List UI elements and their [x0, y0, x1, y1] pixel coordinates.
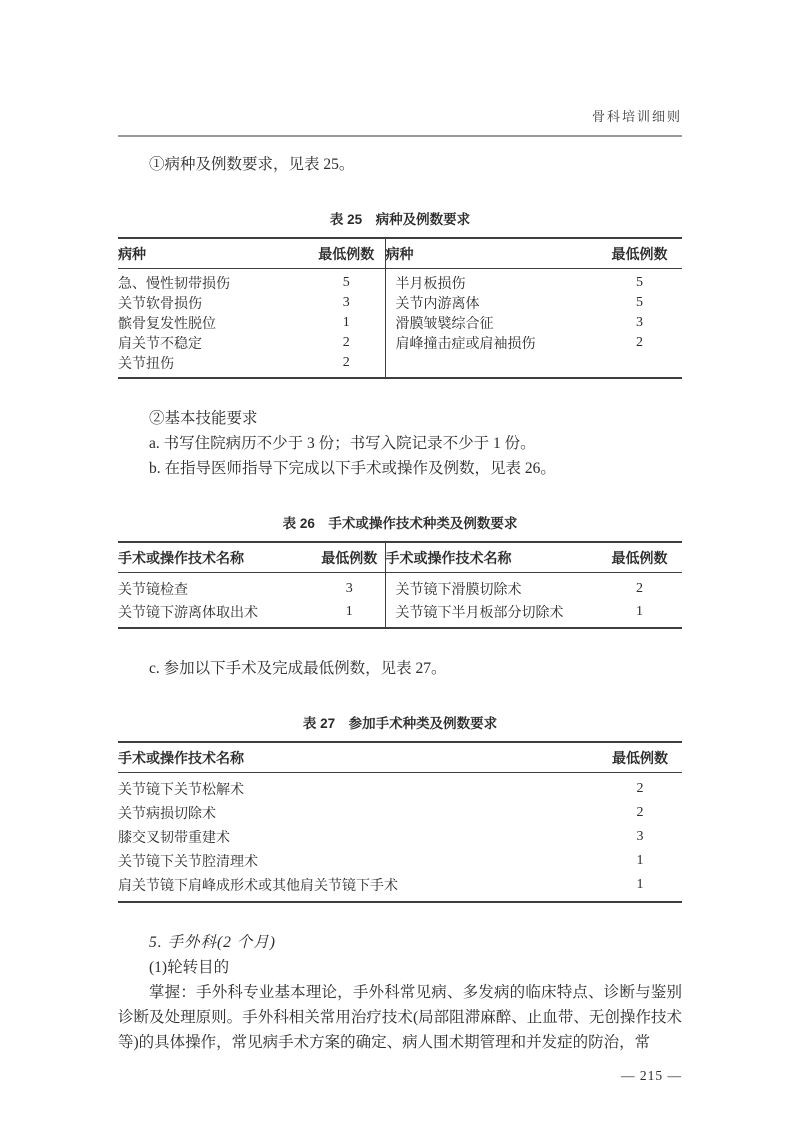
- table-cell: 2: [308, 353, 385, 378]
- column-header: 手术或操作技术名称: [118, 542, 314, 573]
- column-header: 病种: [118, 238, 308, 269]
- table26-header-row: 手术或操作技术名称 最低例数 手术或操作技术名称 最低例数: [118, 542, 682, 573]
- table-cell: 1: [314, 600, 385, 628]
- table-cell: 2: [597, 573, 682, 601]
- table-cell: 半月板损伤: [385, 269, 597, 294]
- table-row: 膝交叉韧带重建术 3: [118, 825, 682, 849]
- table-cell: 5: [597, 269, 682, 294]
- table-row: 肩关节镜下肩峰成形术或其他肩关节镜下手术 1: [118, 873, 682, 902]
- section2-heading: ②基本技能要求: [118, 406, 682, 431]
- table27: 手术或操作技术名称 最低例数 关节镜下关节松解术 2 关节病损切除术 2 膝交叉…: [118, 741, 682, 903]
- header-rule: [118, 135, 682, 137]
- document-page: 骨科培训细则 ①病种及例数要求，见表 25。 表 25病种及例数要求 病种 最低…: [118, 0, 682, 1084]
- section5-subheading: (1)轮转目的: [118, 955, 682, 980]
- table-cell: 5: [597, 293, 682, 313]
- column-header: 最低例数: [597, 238, 682, 269]
- table27-header-row: 手术或操作技术名称 最低例数: [118, 742, 682, 773]
- table-cell: 关节镜下游离体取出术: [118, 600, 314, 628]
- table-cell: 1: [598, 849, 682, 873]
- column-header: 手术或操作技术名称: [385, 542, 597, 573]
- table-cell: 关节病损切除术: [118, 801, 598, 825]
- table-cell: 2: [308, 333, 385, 353]
- item-b: b. 在指导医师指导下完成以下手术或操作及例数，见表 26。: [118, 456, 682, 481]
- table25-caption: 表 25病种及例数要求: [118, 208, 682, 228]
- table-cell: 5: [308, 269, 385, 294]
- table-cell: 膝交叉韧带重建术: [118, 825, 598, 849]
- table-cell: 肩关节镜下肩峰成形术或其他肩关节镜下手术: [118, 873, 598, 902]
- table25-caption-title: 病种及例数要求: [376, 212, 471, 227]
- intro-paragraph: ①病种及例数要求，见表 25。: [118, 152, 682, 177]
- item-c: c. 参加以下手术及完成最低例数，见表 27。: [118, 656, 682, 681]
- table27-caption-title: 参加手术种类及例数要求: [349, 716, 498, 731]
- table-cell: 3: [597, 313, 682, 333]
- table-row: 关节扭伤 2: [118, 353, 682, 378]
- table-cell: [385, 353, 597, 378]
- table-cell: 3: [314, 573, 385, 601]
- table-cell: 关节镜下滑膜切除术: [385, 573, 597, 601]
- table-row: 肩关节不稳定 2 肩峰撞击症或肩袖损伤 2: [118, 333, 682, 353]
- table-row: 关节软骨损伤 3 关节内游离体 5: [118, 293, 682, 313]
- table-cell: 关节扭伤: [118, 353, 308, 378]
- table25-caption-label: 表 25: [330, 212, 362, 227]
- item-a: a. 书写住院病历不少于 3 份；书写入院记录不少于 1 份。: [118, 431, 682, 456]
- table-cell: 3: [598, 825, 682, 849]
- column-header: 最低例数: [314, 542, 385, 573]
- table-row: 急、慢性韧带损伤 5 半月板损伤 5: [118, 269, 682, 294]
- table25-header-row: 病种 最低例数 病种 最低例数: [118, 238, 682, 269]
- section5-paragraph: 掌握：手外科专业基本理论，手外科常见病、多发病的临床特点、诊断与鉴别诊断及处理原…: [118, 980, 682, 1055]
- table-cell: 关节内游离体: [385, 293, 597, 313]
- section5-heading: 5. 手外科(2 个月): [118, 930, 682, 955]
- table-cell: 急、慢性韧带损伤: [118, 269, 308, 294]
- table-row: 关节镜检查 3 关节镜下滑膜切除术 2: [118, 573, 682, 601]
- running-head-title: 骨科培训细则: [592, 109, 682, 124]
- table27-caption: 表 27参加手术种类及例数要求: [118, 712, 682, 732]
- table26-caption-title: 手术或操作技术种类及例数要求: [328, 516, 517, 531]
- table-cell: 关节软骨损伤: [118, 293, 308, 313]
- page-number: — 215 —: [118, 1068, 682, 1084]
- table-cell: 1: [308, 313, 385, 333]
- table-cell: 2: [597, 333, 682, 353]
- table-cell: 关节镜检查: [118, 573, 314, 601]
- table-cell: 1: [598, 873, 682, 902]
- table-row: 关节镜下关节腔清理术 1: [118, 849, 682, 873]
- column-header: 最低例数: [308, 238, 385, 269]
- table-row: 关节镜下游离体取出术 1 关节镜下半月板部分切除术 1: [118, 600, 682, 628]
- column-header: 最低例数: [598, 742, 682, 773]
- table-cell: 肩关节不稳定: [118, 333, 308, 353]
- table26-caption-label: 表 26: [283, 516, 315, 531]
- table-cell: 髌骨复发性脱位: [118, 313, 308, 333]
- table-row: 髌骨复发性脱位 1 滑膜皱襞综合征 3: [118, 313, 682, 333]
- table25: 病种 最低例数 病种 最低例数 急、慢性韧带损伤 5 半月板损伤 5 关节软骨损…: [118, 237, 682, 379]
- column-header: 最低例数: [597, 542, 682, 573]
- page-header: 骨科培训细则: [118, 108, 682, 126]
- table-cell: 肩峰撞击症或肩袖损伤: [385, 333, 597, 353]
- column-header: 病种: [385, 238, 597, 269]
- table-row: 关节镜下关节松解术 2: [118, 773, 682, 802]
- table26: 手术或操作技术名称 最低例数 手术或操作技术名称 最低例数 关节镜检查 3 关节…: [118, 541, 682, 629]
- table-cell: 关节镜下关节松解术: [118, 773, 598, 802]
- table-cell: 1: [597, 600, 682, 628]
- table-cell: 2: [598, 773, 682, 802]
- table26-caption: 表 26手术或操作技术种类及例数要求: [118, 512, 682, 532]
- column-header: 手术或操作技术名称: [118, 742, 598, 773]
- table-cell: [597, 353, 682, 378]
- table-cell: 关节镜下半月板部分切除术: [385, 600, 597, 628]
- table-cell: 滑膜皱襞综合征: [385, 313, 597, 333]
- table-cell: 2: [598, 801, 682, 825]
- table-row: 关节病损切除术 2: [118, 801, 682, 825]
- table27-caption-label: 表 27: [303, 716, 335, 731]
- table-cell: 关节镜下关节腔清理术: [118, 849, 598, 873]
- table-cell: 3: [308, 293, 385, 313]
